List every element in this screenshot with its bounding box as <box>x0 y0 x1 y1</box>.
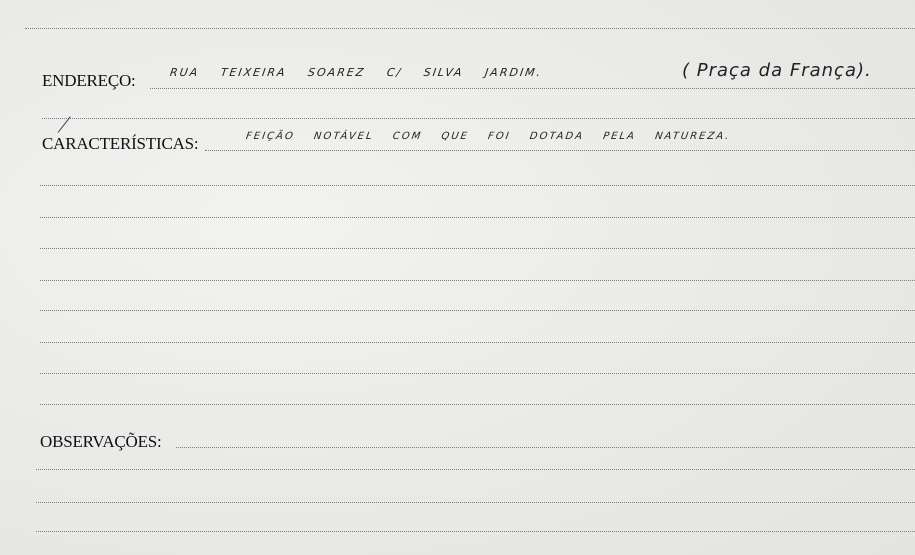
address-label: ENDEREÇO: <box>42 71 136 91</box>
ruled-line <box>40 310 915 311</box>
observations-line[interactable] <box>176 447 915 448</box>
characteristics-value: FEIÇÃO NOTÁVEL COM QUE FOI DOTADA PELA N… <box>245 131 731 142</box>
ruled-line <box>36 469 915 470</box>
ruled-line <box>40 280 915 281</box>
characteristics-line[interactable] <box>205 150 915 151</box>
ruled-line <box>40 373 915 374</box>
address-value-note: ( Praça da França). <box>682 60 872 81</box>
ruled-line <box>36 502 915 503</box>
characteristics-label: CARACTERÍSTICAS: <box>42 134 198 154</box>
ruled-line <box>40 185 915 186</box>
ruled-line <box>42 118 915 119</box>
observations-label: OBSERVAÇÕES: <box>40 432 162 452</box>
address-line[interactable] <box>150 88 915 89</box>
ruled-line <box>40 248 915 249</box>
ruled-line <box>40 342 915 343</box>
address-value: RUA TEIXEIRA SOAREZ C/ SILVA JARDIM. <box>169 66 543 79</box>
ruled-line <box>25 28 915 29</box>
ruled-line <box>36 531 915 532</box>
ruled-line <box>40 217 915 218</box>
ruled-line <box>40 404 915 405</box>
